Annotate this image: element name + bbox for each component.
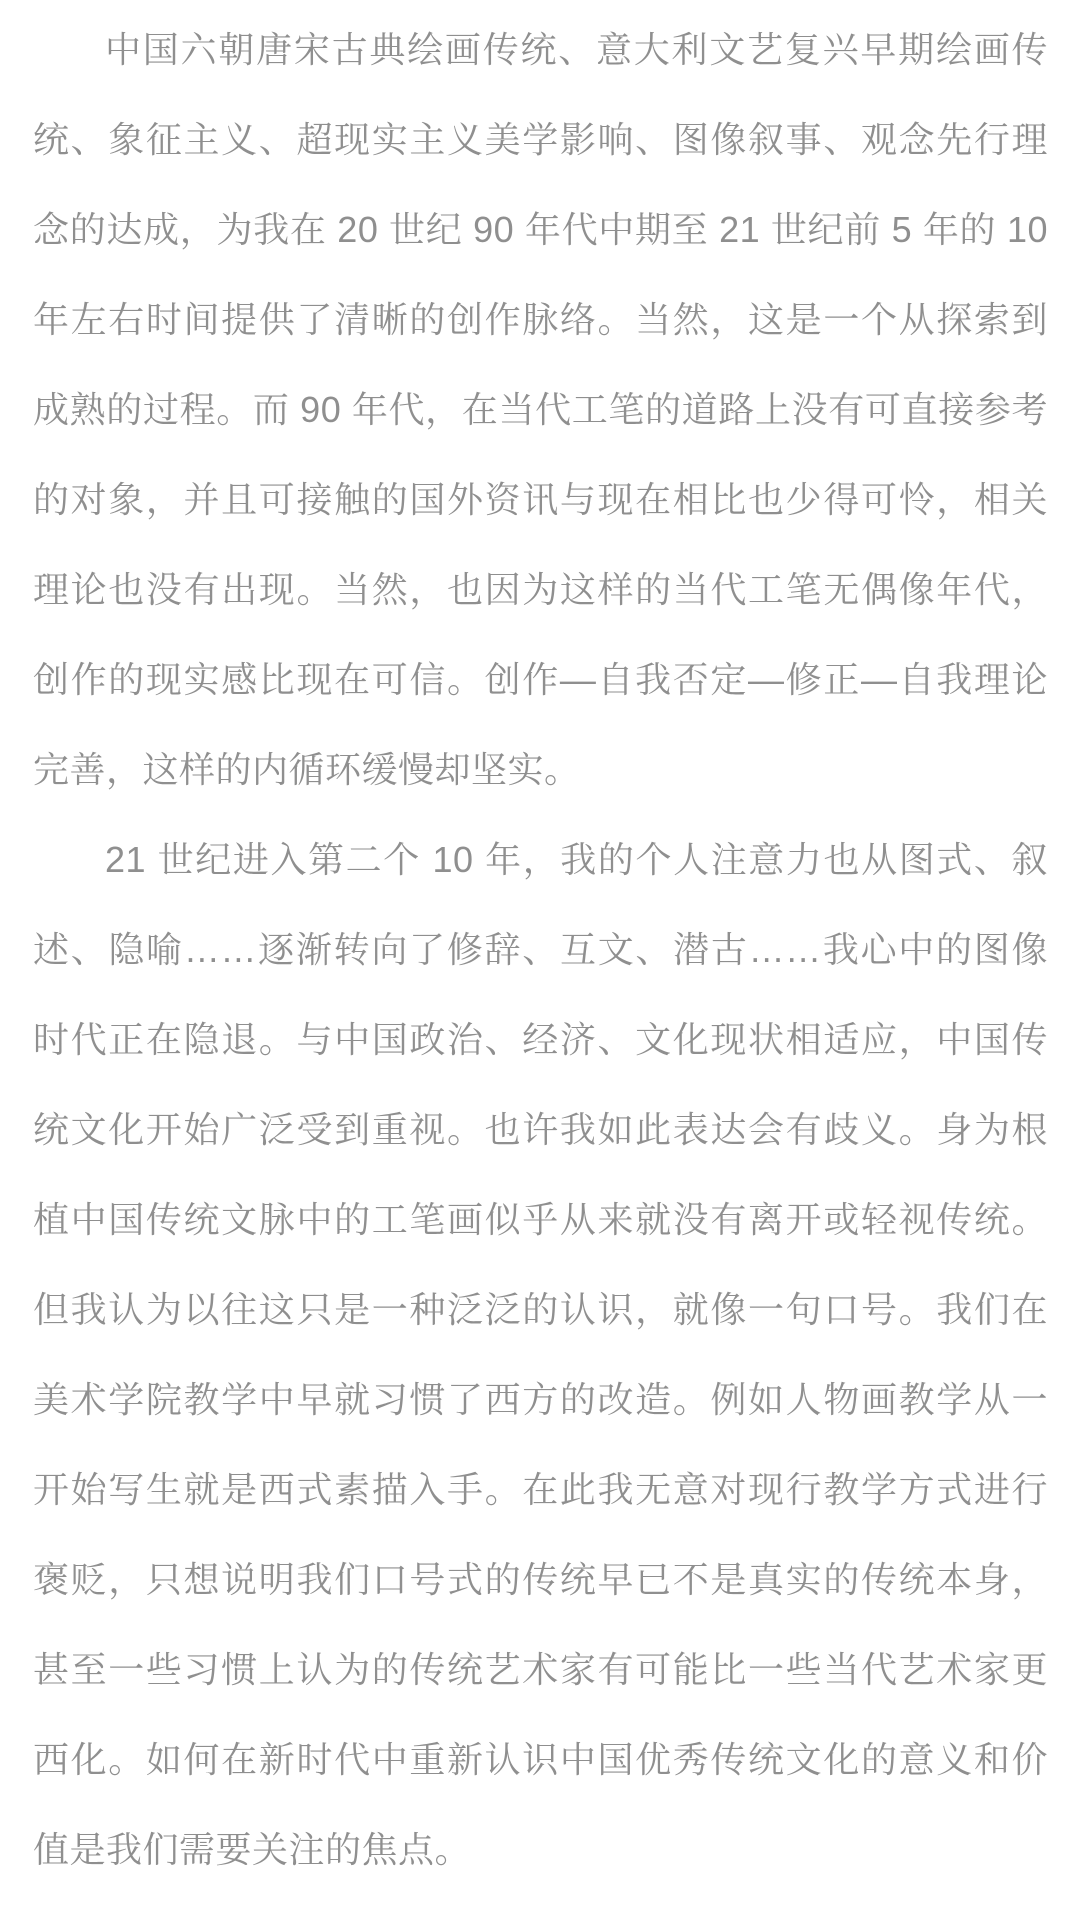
article-body: 中国六朝唐宋古典绘画传统、意大利文艺复兴早期绘画传统、象征主义、超现实主义美学影…	[0, 0, 1080, 1925]
paragraph-2: 21 世纪进入第二个 10 年，我的个人注意力也从图式、叙述、隐喻……逐渐转向了…	[33, 815, 1048, 1895]
page: { "document": { "language": "zh-CN", "te…	[0, 0, 1080, 1925]
paragraph-1: 中国六朝唐宋古典绘画传统、意大利文艺复兴早期绘画传统、象征主义、超现实主义美学影…	[33, 5, 1048, 815]
